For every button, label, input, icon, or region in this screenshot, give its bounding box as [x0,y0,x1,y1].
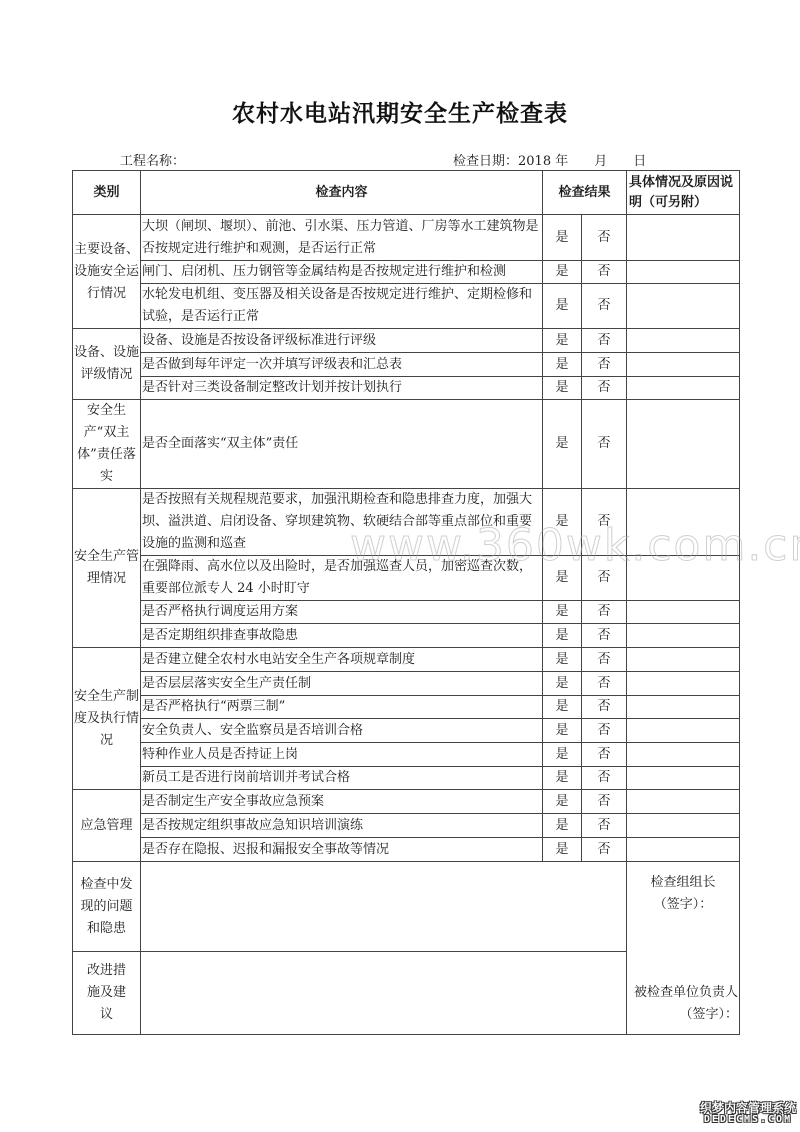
yes-option[interactable]: 是 [543,838,582,862]
check-item: 是否存在隐报、迟报和漏报安全事故等情况 [141,838,543,862]
yes-option[interactable]: 是 [543,400,582,489]
leader-signature[interactable]: 检查组组长（签字）： [639,872,727,982]
improvements-field[interactable] [141,952,627,1035]
table-row: 是否按规定组织事故应急知识培训演练是否 [73,814,740,838]
logo-line1: 织梦内容管理系统 [700,1102,796,1114]
yes-option[interactable]: 是 [543,672,582,696]
details-cell[interactable] [627,329,740,353]
table-row: 新员工是否进行岗前培训并考试合格是否 [73,767,740,790]
no-option[interactable]: 否 [582,624,627,648]
check-item: 闸门、启闭机、压力钢管等金属结构是否按规定进行维护和检测 [141,261,543,284]
problems-row: 检查中发现的问题和隐患检查组组长（签字）：被检查单位负责人（签字）： [73,862,740,952]
table-row: 是否层层落实安全生产责任制是否 [73,672,740,696]
no-option[interactable]: 否 [582,790,627,814]
yes-option[interactable]: 是 [543,719,582,743]
no-option[interactable]: 否 [582,329,627,353]
check-item: 是否严格执行调度运用方案 [141,601,543,624]
check-item: 安全负责人、安全监察员是否培训合格 [141,719,543,743]
table-row: 在强降雨、高水位以及出险时，是否加强巡查人员，加密巡查次数，重要部位派专人 24… [73,556,740,601]
check-item: 是否制定生产安全事故应急预案 [141,790,543,814]
category-cell: 安全生产制度及执行情况 [73,648,141,790]
no-option[interactable]: 否 [582,743,627,767]
category-cell: 安全生产“双主体”责任落实 [73,400,141,489]
no-option[interactable]: 否 [582,648,627,672]
category-cell: 安全生产管理情况 [73,489,141,648]
inspection-table: 类别 检查内容 检查结果 具体情况及原因说明（可另附） 主要设备、设施安全运行情… [72,170,740,1035]
check-item: 是否针对三类设备制定整改计划并按计划执行 [141,377,543,400]
logo-line2: DEDECMS.COM [700,1114,796,1126]
document-title: 农村水电站汛期安全生产检查表 [0,95,800,128]
yes-option[interactable]: 是 [543,489,582,556]
yes-option[interactable]: 是 [543,624,582,648]
check-item: 是否按照有关规程规范要求，加强汛期检查和隐患排查力度，加强大坝、溢洪道、启闭设备… [141,489,543,556]
header-content: 检查内容 [141,171,543,215]
table-row: 应急管理是否制定生产安全事故应急预案是否 [73,790,740,814]
yes-option[interactable]: 是 [543,284,582,329]
header-row: 类别 检查内容 检查结果 具体情况及原因说明（可另附） [73,171,740,215]
check-item: 是否做到每年评定一次并填写评级表和汇总表 [141,353,543,377]
no-option[interactable]: 否 [582,672,627,696]
no-option[interactable]: 否 [582,838,627,862]
details-cell[interactable] [627,489,740,556]
category-cell: 主要设备、设施安全运行情况 [73,215,141,329]
table-row: 闸门、启闭机、压力钢管等金属结构是否按规定进行维护和检测是否 [73,261,740,284]
details-cell[interactable] [627,838,740,862]
yes-option[interactable]: 是 [543,743,582,767]
check-item: 是否建立健全农村水电站安全生产各项规章制度 [141,648,543,672]
unit-signature[interactable]: 被检查单位负责人（签字）： [628,982,738,1026]
problems-label: 检查中发现的问题和隐患 [73,862,141,952]
yes-option[interactable]: 是 [543,377,582,400]
check-item: 是否全面落实“双主体”责任 [141,400,543,489]
table-row: 是否严格执行调度运用方案是否 [73,601,740,624]
table-row: 是否做到每年评定一次并填写评级表和汇总表是否 [73,353,740,377]
yes-option[interactable]: 是 [543,814,582,838]
header-details: 具体情况及原因说明（可另附） [627,171,740,215]
check-item: 特种作业人员是否持证上岗 [141,743,543,767]
details-cell[interactable] [627,767,740,790]
improvements-label: 改进措施及建议 [73,952,141,1035]
check-item: 水轮发电机组、变压器及相关设备是否按规定进行维护、定期检修和试验，是否运行正常 [141,284,543,329]
details-cell[interactable] [627,377,740,400]
details-cell[interactable] [627,790,740,814]
yes-option[interactable]: 是 [543,215,582,261]
header-result: 检查结果 [543,171,627,215]
project-name-label: 工程名称： [120,150,185,169]
no-option[interactable]: 否 [582,215,627,261]
check-item: 设备、设施是否按设备评级标准进行评级 [141,329,543,353]
details-cell[interactable] [627,215,740,261]
check-item: 是否按规定组织事故应急知识培训演练 [141,814,543,838]
details-cell[interactable] [627,672,740,696]
yes-option[interactable]: 是 [543,353,582,377]
yes-option[interactable]: 是 [543,556,582,601]
table-row: 是否针对三类设备制定整改计划并按计划执行是否 [73,377,740,400]
check-item: 大坝（闸坝、堰坝）、前池、引水渠、压力管道、厂房等水工建筑物是否按规定进行维护和… [141,215,543,261]
table-row: 特种作业人员是否持证上岗是否 [73,743,740,767]
details-cell[interactable] [627,624,740,648]
no-option[interactable]: 否 [582,601,627,624]
yes-option[interactable]: 是 [543,790,582,814]
check-item: 是否定期组织排查事故隐患 [141,624,543,648]
no-option[interactable]: 否 [582,377,627,400]
table-row: 安全生产制度及执行情况是否建立健全农村水电站安全生产各项规章制度是否 [73,648,740,672]
check-item: 在强降雨、高水位以及出险时，是否加强巡查人员，加密巡查次数，重要部位派专人 24… [141,556,543,601]
table-row: 水轮发电机组、变压器及相关设备是否按规定进行维护、定期检修和试验，是否运行正常是… [73,284,740,329]
table-row: 设备、设施评级情况设备、设施是否按设备评级标准进行评级是否 [73,329,740,353]
yes-option[interactable]: 是 [543,696,582,719]
table-row: 安全生产管理情况是否按照有关规程规范要求，加强汛期检查和隐患排查力度，加强大坝、… [73,489,740,556]
no-option[interactable]: 否 [582,261,627,284]
table-row: 是否存在隐报、迟报和漏报安全事故等情况是否 [73,838,740,862]
table-row: 安全生产“双主体”责任落实是否全面落实“双主体”责任是否 [73,400,740,489]
details-cell[interactable] [627,353,740,377]
no-option[interactable]: 否 [582,284,627,329]
check-item: 是否严格执行“两票三制” [141,696,543,719]
no-option[interactable]: 否 [582,353,627,377]
no-option[interactable]: 否 [582,489,627,556]
details-cell[interactable] [627,814,740,838]
no-option[interactable]: 否 [582,556,627,601]
details-cell[interactable] [627,284,740,329]
no-option[interactable]: 否 [582,767,627,790]
details-cell[interactable] [627,719,740,743]
signature-cell: 检查组组长（签字）：被检查单位负责人（签字）： [627,862,740,1035]
details-cell[interactable] [627,261,740,284]
details-cell[interactable] [627,696,740,719]
problems-field[interactable] [141,862,627,952]
yes-option[interactable]: 是 [543,261,582,284]
date-year: 2018 年 [518,154,568,169]
details-cell[interactable] [627,556,740,601]
yes-option[interactable]: 是 [543,329,582,353]
details-cell[interactable] [627,743,740,767]
dedecms-logo: 织梦内容管理系统 DEDECMS.COM [700,1102,796,1126]
check-item: 新员工是否进行岗前培训并考试合格 [141,767,543,790]
yes-option[interactable]: 是 [543,767,582,790]
details-cell[interactable] [627,648,740,672]
table-row: 是否定期组织排查事故隐患是否 [73,624,740,648]
no-option[interactable]: 否 [582,719,627,743]
yes-option[interactable]: 是 [543,601,582,624]
details-cell[interactable] [627,400,740,489]
table-row: 主要设备、设施安全运行情况大坝（闸坝、堰坝）、前池、引水渠、压力管道、厂房等水工… [73,215,740,261]
table-row: 是否严格执行“两票三制”是否 [73,696,740,719]
details-cell[interactable] [627,601,740,624]
category-cell: 应急管理 [73,790,141,862]
date-day: 日 [633,154,646,169]
table-row: 安全负责人、安全监察员是否培训合格是否 [73,719,740,743]
header-category: 类别 [73,171,141,215]
yes-option[interactable]: 是 [543,648,582,672]
check-item: 是否层层落实安全生产责任制 [141,672,543,696]
date-month: 月 [594,154,607,169]
no-option[interactable]: 否 [582,696,627,719]
category-cell: 设备、设施评级情况 [73,329,141,400]
no-option[interactable]: 否 [582,400,627,489]
date-label: 检查日期： [453,154,518,169]
no-option[interactable]: 否 [582,814,627,838]
inspection-date: 检查日期：2018 年月日 [453,150,646,169]
